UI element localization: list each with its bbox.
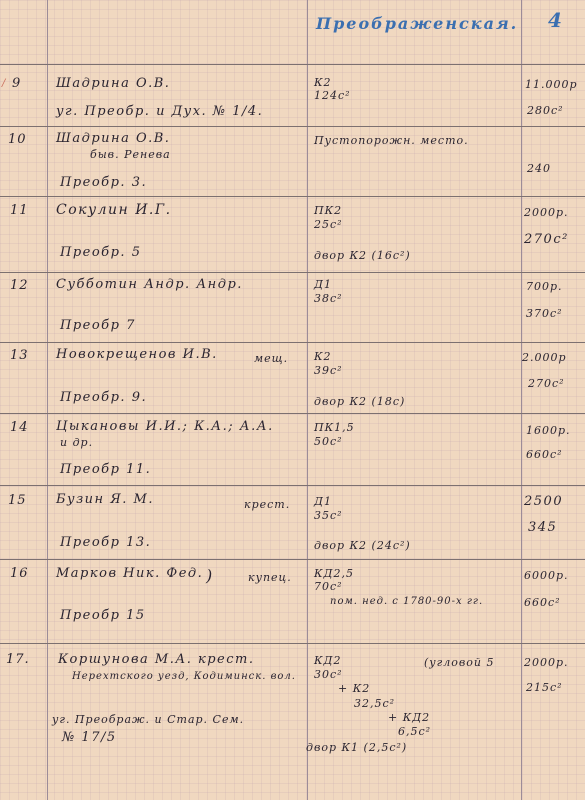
owner-note: и др. [60,436,93,449]
owner-rank: крест. [244,498,290,511]
corner-note: (угловой 5 [424,656,494,669]
price-value: 2500 [524,494,563,509]
yard-building: двор К2 (16с²) [314,249,411,262]
row-rule [0,64,585,65]
owner-rank: мещ. [254,352,288,365]
plot-area: 280с² [527,104,564,117]
row-number: 14 [10,420,29,435]
price-value: 2000р. [524,206,569,219]
building-type: Д1 [314,278,332,291]
ledger-page: Преображенская. 4 / 9 Шадрина О.В. уг. П… [0,0,585,800]
extension-type-2: + КД2 [388,711,430,724]
price-value: 700р. [526,280,563,293]
building-type: Пустопорожн. место. [314,134,469,147]
building-type: КД2,5 [314,567,354,580]
margin-mark: / [2,78,7,89]
property-address: Преобр. 5 [60,245,141,260]
row-number: 10 [8,132,27,147]
building-type: ПК1,5 [314,421,355,434]
building-area: 124с² [314,89,351,102]
row-number: 15 [8,493,27,508]
building-area: 38с² [314,292,343,305]
row-rule [0,413,585,414]
page-number: 4 [548,8,564,32]
plot-area: 240 [527,162,551,175]
building-area: 70с² [314,580,343,593]
owner-name: Сокулин И.Г. [56,202,172,218]
price-value: 6000р. [524,569,569,582]
row-number: 17. [6,652,30,667]
owner-rank: купец. [248,571,292,584]
building-type: КД2 [314,654,341,667]
building-type: Д1 [314,495,332,508]
plot-area: 270с² [524,232,569,247]
owner-note: Нерехтского уезд, Кодиминск. вол. [72,671,296,682]
plot-area: 660с² [524,596,561,609]
construction-date-note: пом. нед. с 1780-90-х гг. [330,596,483,607]
row-rule [0,196,585,197]
row-number: 16 [10,566,29,581]
plot-area: 660с² [526,448,563,461]
property-address: Преобр 15 [60,608,146,623]
owner-name: Коршунова М.А. крест. [58,652,254,667]
row-number: 9 [12,76,21,91]
building-type: К2 [314,350,332,363]
yard-building: двор К2 (18с) [314,395,405,408]
row-number: 13 [10,348,29,363]
owner-note: быв. Ренева [90,148,171,161]
property-address: Преобр 13. [60,535,151,550]
price-value: 1600р. [526,424,571,437]
extension-area: 32,5с² [354,697,395,710]
column-rule-description [307,0,308,800]
yard-building: двор К1 (2,5с²) [306,741,407,754]
column-rule-price [521,0,522,800]
building-area: 39с² [314,364,343,377]
property-address: Преобр. 3. [60,175,147,190]
plot-area: 345 [528,520,557,535]
extension-type: + К2 [338,682,370,695]
property-address: Преобр. 9. [60,390,147,405]
owner-name: Цыкановы И.И.; К.А.; А.А. [56,419,274,434]
row-rule [0,342,585,343]
owner-name: Шадрина О.В. [56,76,170,91]
building-type: ПК2 [314,204,342,217]
owner-name: Шадрина О.В. [56,131,170,146]
bracket-mark: ) [206,566,214,585]
row-number: 11 [10,203,29,218]
property-address: уг. Преобр. и Дух. № 1/4. [56,104,263,119]
yard-building: двор К2 (24с²) [314,539,411,552]
row-rule [0,559,585,560]
building-type: К2 [314,76,332,89]
row-rule [0,126,585,127]
extension-area-2: 6,5с² [398,725,431,738]
row-rule [0,643,585,644]
column-rule-number [47,0,48,800]
row-rule [0,272,585,273]
owner-name: Бузин Я. М. [56,492,154,507]
property-address: Преобр 11. [60,462,151,477]
price-value: 2000р. [524,656,569,669]
price-value: 2.000р [522,351,567,364]
plot-area: 270с² [528,377,565,390]
street-title: Преображенская. [316,14,518,33]
row-rule [0,485,585,486]
property-number: № 17/5 [62,730,117,745]
property-address: уг. Преображ. и Стар. Сем. [52,713,244,726]
building-area: 25с² [314,218,343,231]
plot-area: 215с² [526,681,563,694]
price-value: 11.000р [525,78,578,91]
plot-area: 370с² [526,307,563,320]
owner-name: Марков Ник. Фед. [56,566,203,581]
owner-name: Субботин Андр. Андр. [56,277,243,292]
owner-name: Новокрещенов И.В. [56,347,218,362]
property-address: Преобр 7 [60,318,136,333]
row-number: 12 [10,278,29,293]
building-area: 30с² [314,668,343,681]
building-area: 35с² [314,509,343,522]
building-area: 50с² [314,435,343,448]
